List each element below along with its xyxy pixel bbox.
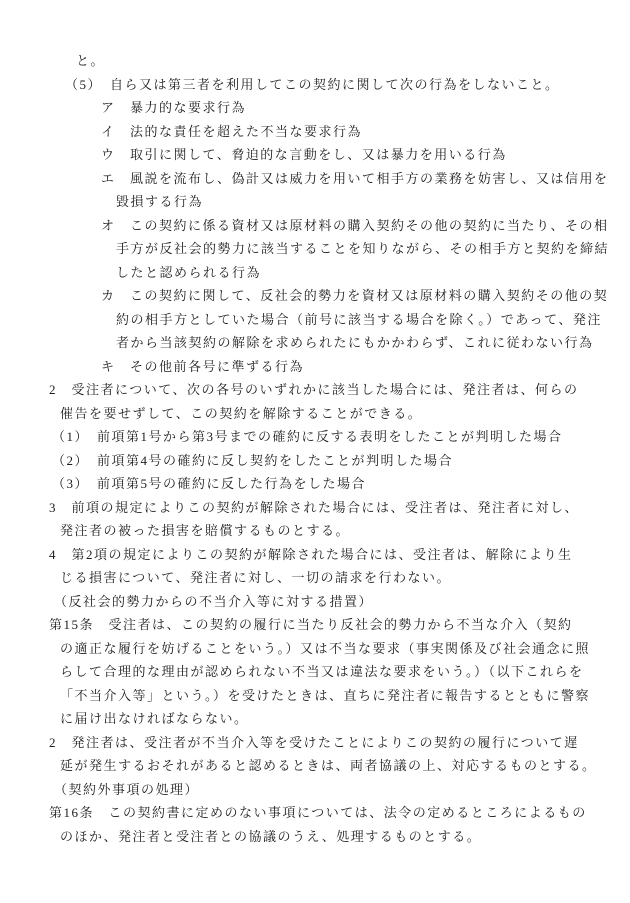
text-line: 約の相手方としていた場合（前号に該当する場合を除く。）であって、発注 [0,308,630,332]
text-line: 延が発生するおそれがあると認めるときは、両者協議の上、対応するものとする。 [0,754,630,778]
text-line: 催告を要せずして、この契約を解除することができる。 [0,402,630,426]
text-line: 2 発注者は、受注者が不当介入等を受けたことによりこの契約の履行について遅 [0,731,630,755]
text-line: 3 前項の規定によりこの契約が解除された場合には、受注者は、発注者に対し、 [0,496,630,520]
text-line: に届け出なければならない。 [0,707,630,731]
text-line: 2 受注者について、次の各号のいずれかに該当した場合には、発注者は、何らの [0,378,630,402]
contract-text-block: と。（5） 自ら又は第三者を利用してこの契約に関して次の行為をしないこと。ア 暴… [0,0,630,848]
text-line: 手方が反社会的勢力に該当することを知りながら、その相手方と契約を締結 [0,237,630,261]
text-line: キ その他前各号に準ずる行為 [0,355,630,379]
text-line: カ この契約に関して、反社会的勢力を資材又は原材料の購入契約その他の契 [0,284,630,308]
text-line: イ 法的な責任を超えた不当な要求行為 [0,120,630,144]
text-line: （反社会的勢力からの不当介入等に対する措置） [0,590,630,614]
text-line: （1） 前項第1号から第3号までの確約に反する表明をしたことが判明した場合 [0,425,630,449]
text-line: （契約外事項の処理） [0,778,630,802]
text-line: （2） 前項第4号の確約に反し契約をしたことが判明した場合 [0,449,630,473]
text-line: 4 第2項の規定によりこの契約が解除された場合には、受注者は、解除により生 [0,543,630,567]
text-line: らして合理的な理由が認められない不当又は違法な要求をいう。）（以下これらを [0,660,630,684]
document-page: と。（5） 自ら又は第三者を利用してこの契約に関して次の行為をしないこと。ア 暴… [0,0,630,903]
text-line: 毀損する行為 [0,190,630,214]
text-line: オ この契約に係る資材又は原材料の購入契約その他の契約に当たり、その相 [0,214,630,238]
text-line: ア 暴力的な要求行為 [0,96,630,120]
text-line: の適正な履行を妨げることをいう。）又は不当な要求（事実関係及び社会通念に照 [0,637,630,661]
text-line: 者から当該契約の解除を求められたにもかかわらず、これに従わない行為 [0,331,630,355]
text-line: 第16条 この契約書に定めのない事項については、法令の定めるところによるもの [0,801,630,825]
text-line: （3） 前項第5号の確約に反した行為をした場合 [0,472,630,496]
text-line: （5） 自ら又は第三者を利用してこの契約に関して次の行為をしないこと。 [0,73,630,97]
text-line: と。 [0,49,630,73]
text-line: したと認められる行為 [0,261,630,285]
text-line: ウ 取引に関して、脅迫的な言動をし、又は暴力を用いる行為 [0,143,630,167]
text-line: 「不当介入等」という。）を受けたときは、直ちに発注者に報告するとともに警察 [0,684,630,708]
text-line: のほか、発注者と受注者との協議のうえ、処理するものとする。 [0,825,630,849]
text-line: 第15条 受注者は、この契約の履行に当たり反社会的勢力から不当な介入（契約 [0,613,630,637]
text-line: 発注者の被った損害を賠償するものとする。 [0,519,630,543]
text-line: じる損害について、発注者に対し、一切の請求を行わない。 [0,566,630,590]
text-line: エ 風説を流布し、偽計又は威力を用いて相手方の業務を妨害し、又は信用を [0,167,630,191]
